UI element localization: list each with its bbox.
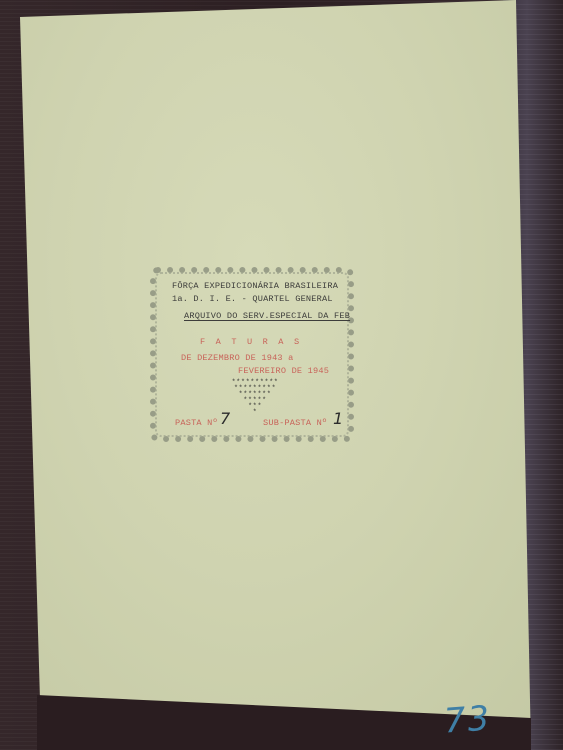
subpasta-label: SUB-PASTA Nº bbox=[263, 418, 327, 428]
pasta-label: PASTA Nº bbox=[175, 418, 218, 428]
archive-label: FÔRÇA EXPEDICIONÁRIA BRASILEIRA 1a. D. I… bbox=[150, 267, 354, 442]
label-date-from: DE DEZEMBRO DE 1943 a bbox=[181, 353, 294, 363]
handwritten-page-number: 73 bbox=[443, 698, 493, 741]
label-archive: ARQUIVO DO SERV.ESPECIAL DA FEB bbox=[184, 311, 350, 321]
label-date-to: FEVEREIRO DE 1945 bbox=[238, 366, 329, 376]
label-organization: FÔRÇA EXPEDICIONÁRIA BRASILEIRA bbox=[172, 281, 338, 291]
label-division: 1a. D. I. E. - QUARTEL GENERAL bbox=[172, 294, 333, 304]
label-title: FATURAS bbox=[200, 337, 310, 347]
subpasta-number: 1 bbox=[333, 409, 343, 428]
pasta-number: 7 bbox=[220, 409, 230, 428]
